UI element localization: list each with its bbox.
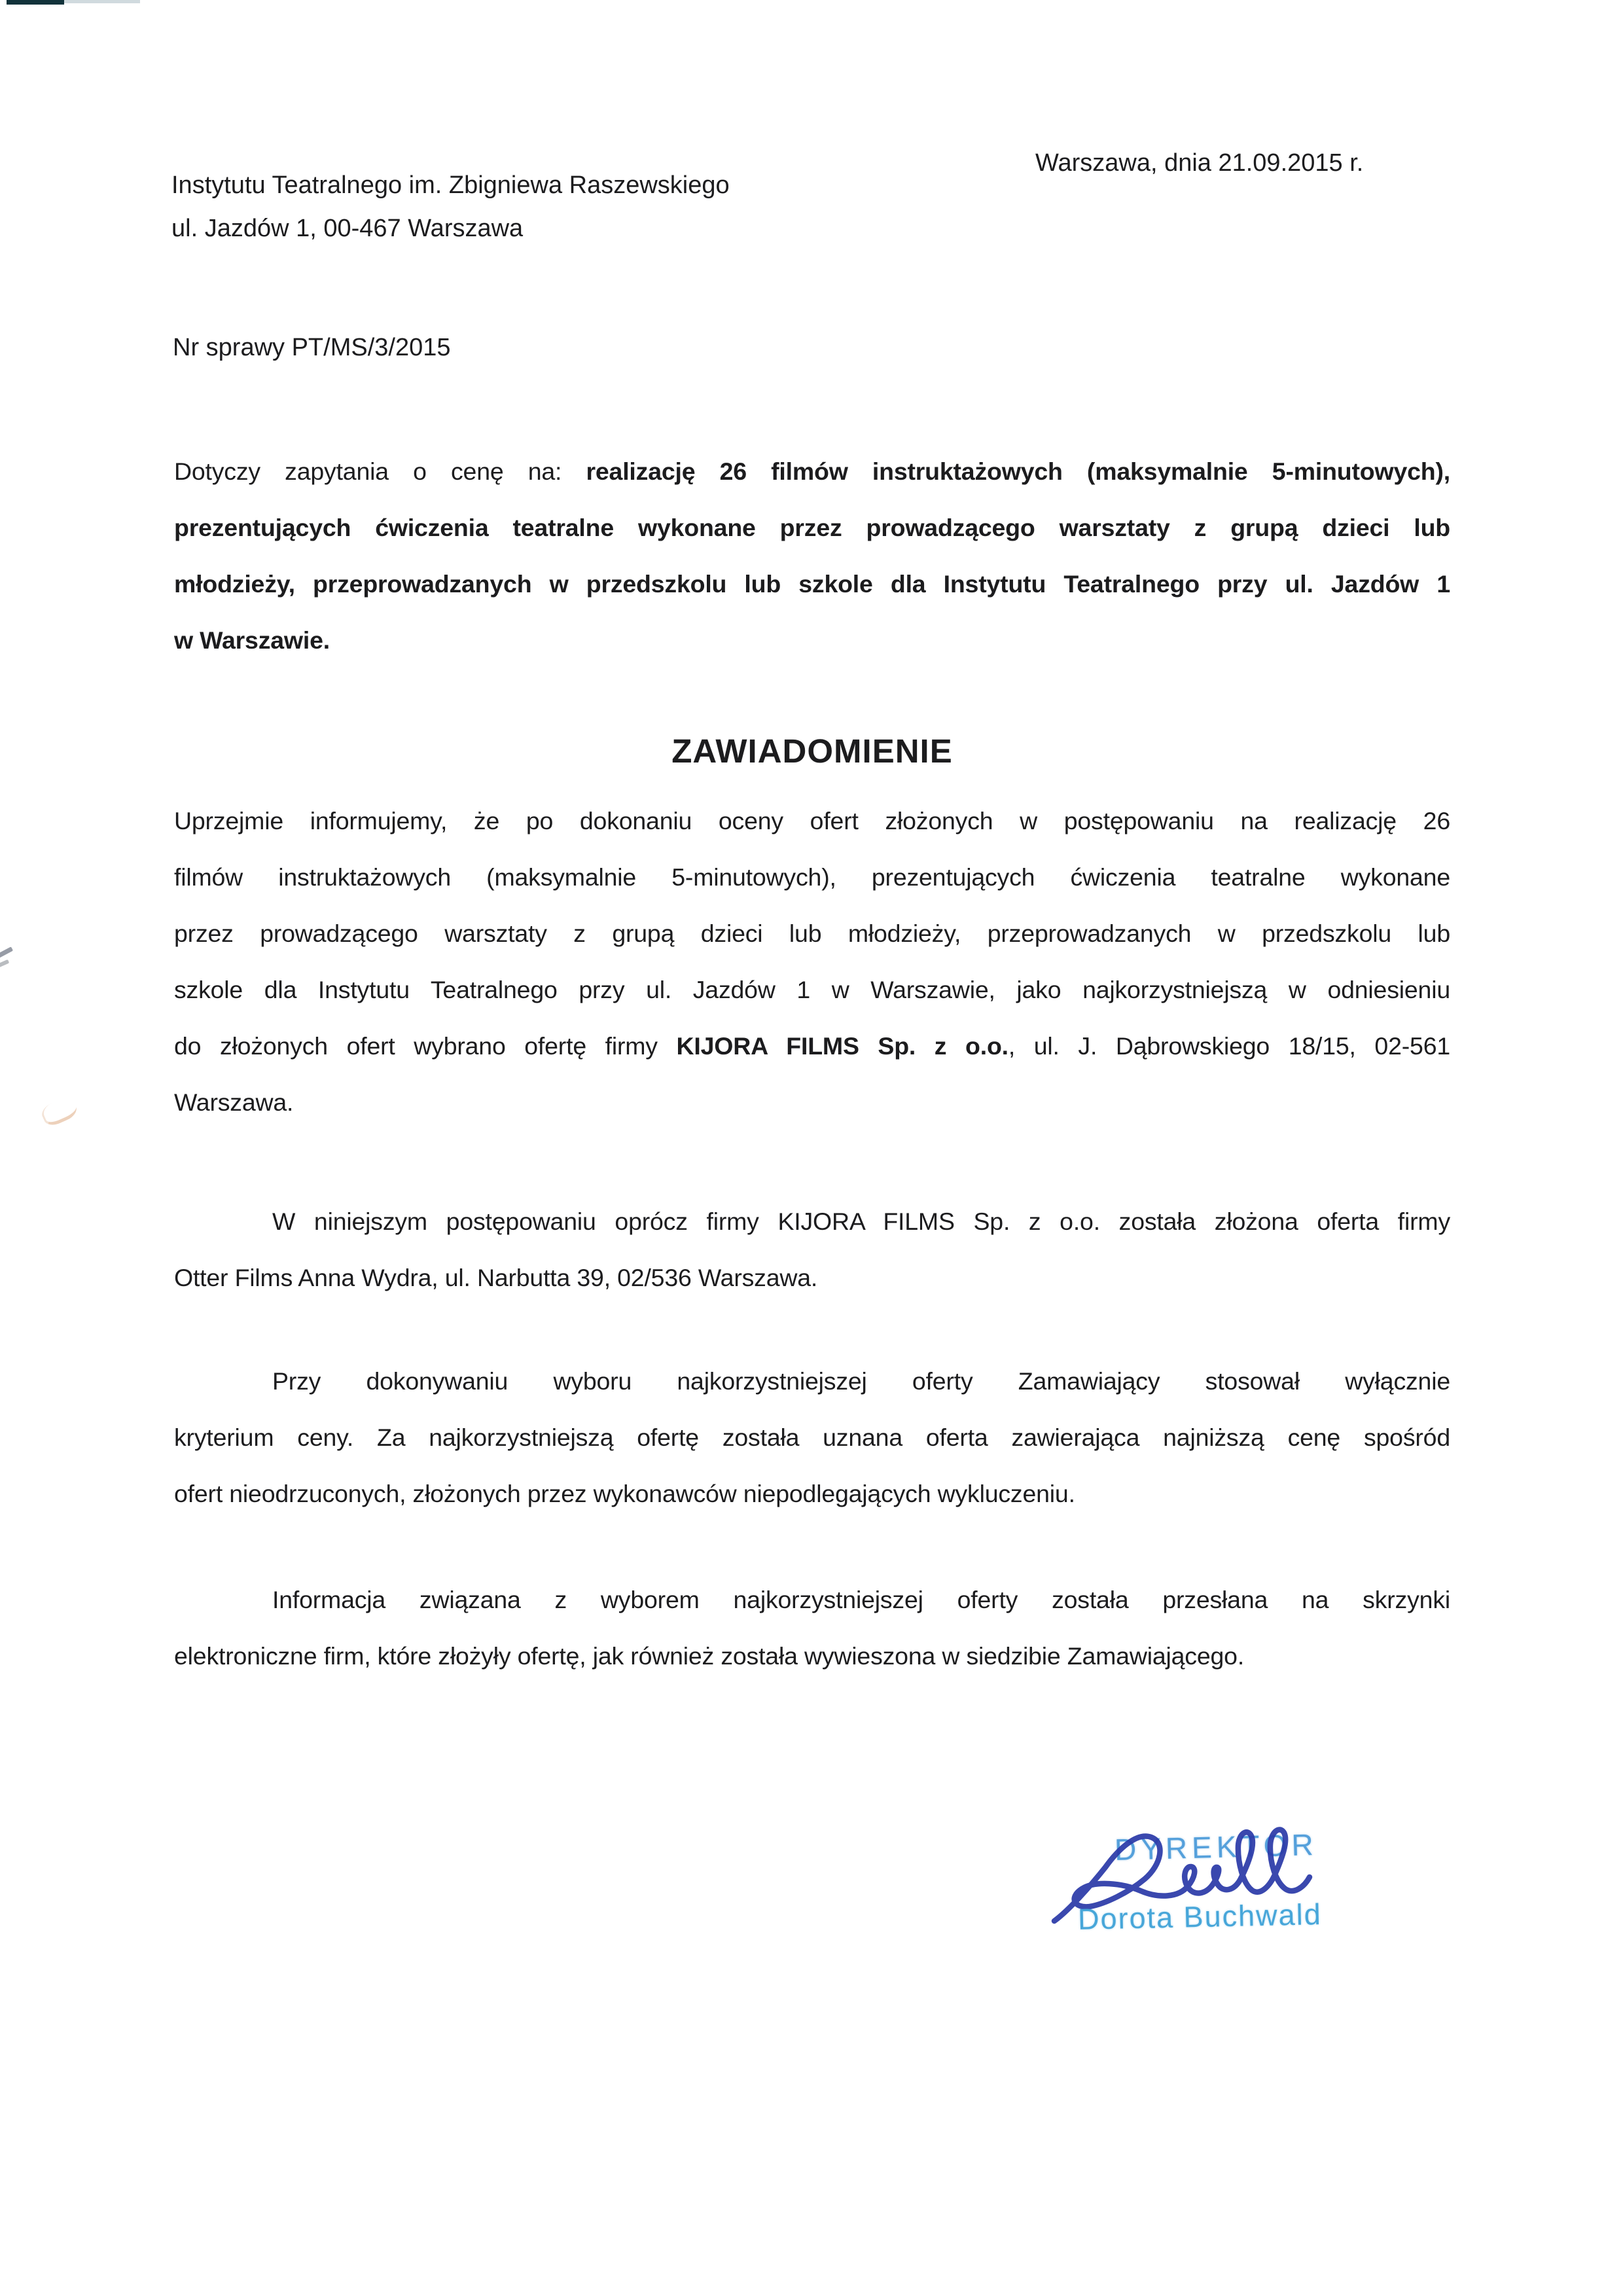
scan-artifact-pencil-mark [39,1095,80,1129]
signature-block: DYREKTOR Dorota Buchwald [1031,1808,1345,1949]
text-line: W niniejszym postępowaniu oprócz firmy K… [174,1193,1450,1249]
text-line: Przy dokonywaniu wyboru najkorzystniejsz… [174,1353,1450,1409]
text-line: szkole dla Instytutu Teatralnego przy ul… [174,961,1450,1018]
text-line: ofert nieodrzuconych, złożonych przez wy… [174,1465,1450,1522]
text-line: filmów instruktażowych (maksymalnie 5-mi… [174,849,1450,905]
text-line: Informacja związana z wyborem najkorzyst… [174,1571,1450,1628]
text-line: młodzieży, przeprowadzanych w przedszkol… [174,556,1450,612]
scan-artifact-left-edge-tick [0,946,13,958]
scanned-letter-page: Instytutu Teatralnego im. Zbigniewa Rasz… [0,0,1623,2296]
text-line: kryterium ceny. Za najkorzystniejszą ofe… [174,1409,1450,1465]
text-line: do złożonych ofert wybrano ofertę firmy … [174,1018,1450,1074]
text-line: Uprzejmie informujemy, że po dokonaniu o… [174,793,1450,849]
text-line: Otter Films Anna Wydra, ul. Narbutta 39,… [174,1249,1450,1306]
text-line: Dotyczy zapytania o cenę na: realizację … [174,443,1450,499]
text-line: prezentujących ćwiczenia teatralne wykon… [174,499,1450,556]
text-line: Warszawa. [174,1074,1450,1130]
sender-address: ul. Jazdów 1, 00-467 Warszawa [171,207,730,250]
text-line: elektroniczne firm, które złożyły ofertę… [174,1628,1450,1684]
notice-heading: ZAWIADOMIENIE [174,719,1450,784]
paragraph-criteria: Przy dokonywaniu wyboru najkorzystniejsz… [174,1353,1450,1522]
text-line: przez prowadzącego warsztaty z grupą dzi… [174,905,1450,961]
sender-address-block: Instytutu Teatralnego im. Zbigniewa Rasz… [171,164,730,250]
paragraph-other-offer: W niniejszym postępowaniu oprócz firmy K… [174,1193,1450,1306]
paragraph-notification: Informacja związana z wyborem najkorzyst… [174,1571,1450,1684]
case-number: Nr sprawy PT/MS/3/2015 [173,326,450,369]
scan-artifact-left-edge-tick [0,960,9,969]
sender-name: Instytutu Teatralnego im. Zbigniewa Rasz… [171,164,730,207]
director-stamp-name: Dorota Buchwald [1077,1897,1322,1937]
scan-artifact-top-left-light [64,0,140,3]
paragraph-award: Uprzejmie informujemy, że po dokonaniu o… [174,793,1450,1130]
subject-paragraph: Dotyczy zapytania o cenę na: realizację … [174,443,1450,668]
text-line: w Warszawie. [174,612,1450,668]
scan-artifact-top-left-dark [7,0,64,5]
date-line: Warszawa, dnia 21.09.2015 r. [1035,141,1363,185]
